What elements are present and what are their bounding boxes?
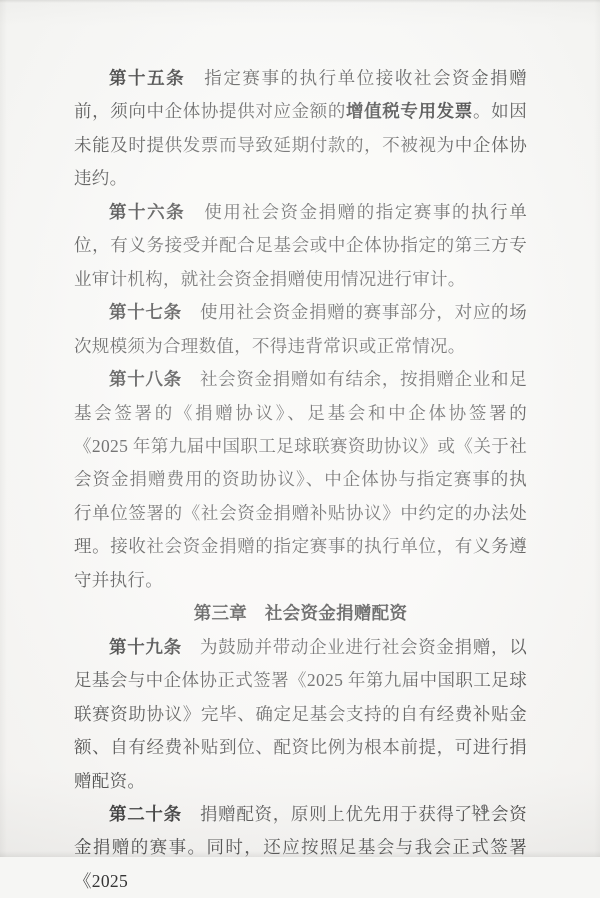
text-run: 社会资金捐赠如有结余，按捐赠企业和足基会签署的《捐赠协议》、足基会和中企体协签署… (74, 369, 527, 590)
paragraph: 第十七条 使用社会资金捐赠的赛事部分，对应的场次规模须为合理数值，不得违背常识或… (74, 296, 527, 363)
bold-text-run: 第十八条 (109, 369, 182, 389)
page-number: - 19 - (456, 800, 507, 820)
paragraph: 第十八条 社会资金捐赠如有结余，按捐赠企业和足基会签署的《捐赠协议》、足基会和中… (74, 363, 527, 597)
paragraph: 第十六条 使用社会资金捐赠的指定赛事的执行单位，有义务接受并配合足基会或中企体协… (74, 196, 527, 296)
bold-text-run: 第十六条 (109, 202, 185, 222)
bold-text-run: 第十五条 (109, 68, 185, 88)
document-body: 第十五条 指定赛事的执行单位接收社会资金捐赠前，须向中企体协提供对应金额的增值税… (74, 62, 527, 857)
document-page: 第十五条 指定赛事的执行单位接收社会资金捐赠前，须向中企体协提供对应金额的增值税… (0, 0, 600, 857)
chapter-heading: 第三章 社会资金捐赠配资 (74, 597, 527, 630)
text-run: 为鼓励并带动企业进行社会资金捐赠，以足基会与中企体协正式签署《2025 年第九届… (74, 637, 527, 791)
paragraph: 第十九条 为鼓励并带动企业进行社会资金捐赠，以足基会与中企体协正式签署《2025… (74, 631, 527, 798)
bold-text-run: 第十七条 (109, 302, 182, 322)
bold-text-run: 第十九条 (109, 637, 182, 657)
bold-text-run: 增值税专用发票 (346, 101, 473, 121)
bold-text-run: 第二十条 (109, 804, 182, 824)
paragraph: 第十五条 指定赛事的执行单位接收社会资金捐赠前，须向中企体协提供对应金额的增值税… (74, 62, 527, 196)
